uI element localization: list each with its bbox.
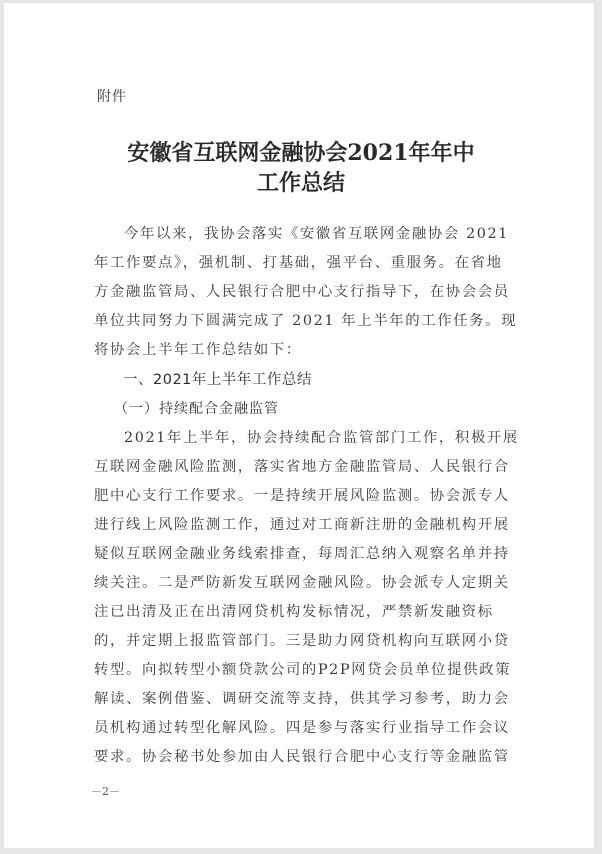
attachment-label: 附件 — [97, 86, 127, 106]
paragraph-line: 解读、案例借鉴、调研交流等支持，供其学习参考，助力会 — [94, 685, 510, 713]
paragraph-line: 2021年上半年，协会持续配合监管部门工作，积极开展 — [124, 424, 519, 452]
paragraph-line: 互联网金融风险监测，落实省地方金融监管局、人民银行合 — [94, 453, 510, 481]
paragraph-line: 肥中心支行工作要求。一是持续开展风险监测。协会派专人 — [94, 482, 510, 510]
subsection-heading: （一）持续配合金融监管 — [114, 395, 279, 423]
paragraph-line: 续关注。二是严防新发互联网金融风险。协会派专人定期关 — [94, 569, 510, 597]
paragraph-line: 年工作要点》，强机制、打基础，强平台、重服务。在省地 — [94, 249, 503, 277]
paragraph-line: 方金融监管局、人民银行合肥中心支行指导下，在协会会员 — [94, 278, 510, 306]
page-number: －2－ — [91, 783, 120, 799]
paragraph-line: 的，并定期上报监管部门。三是助力网贷机构向互联网小贷 — [94, 627, 510, 655]
paragraph-line: 疑似互联网金融业务线索排查，每周汇总纳入观察名单并持 — [94, 540, 510, 568]
paragraph-line: 注已出清及正在出清网贷机构发标情况，严禁新发融资标 — [94, 598, 494, 626]
paragraph-line: 员机构通过转型化解风险。四是参与落实行业指导工作会议 — [94, 714, 510, 742]
paragraph-line: 今年以来，我协会落实《安徽省互联网金融协会 2021 — [124, 220, 509, 248]
paragraph-line: 要求。协会秘书处参加由人民银行合肥中心支行等金融监管 — [94, 743, 510, 771]
paragraph-line: 进行线上风险监测工作，通过对工商新注册的金融机构开展 — [94, 511, 510, 539]
paragraph-line: 转型。向拟转型小额贷款公司的P2P网贷会员单位提供政策 — [94, 656, 511, 684]
title-line-1: 安徽省互联网金融协会2021年年中 — [0, 138, 602, 168]
section-heading: 一、2021年上半年工作总结 — [123, 366, 312, 394]
document-title: 安徽省互联网金融协会2021年年中 工作总结 — [0, 138, 602, 198]
paragraph-line: 将协会上半年工作总结如下： — [94, 336, 302, 364]
paragraph-line: 单位共同努力下圆满完成了 2021 年上半年的工作任务。现 — [94, 307, 517, 335]
title-line-2: 工作总结 — [0, 168, 602, 198]
